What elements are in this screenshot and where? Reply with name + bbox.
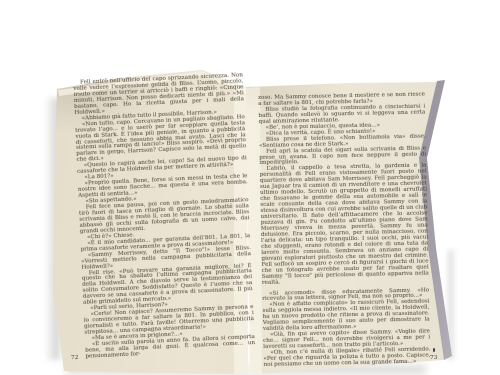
paragraph: «Oh, non c’è nulla di illegale» ribatté … — [263, 347, 430, 368]
left-page-text: Fell entrò nell’ufficio del capo sprizza… — [73, 73, 256, 360]
book-photo: Fell entrò nell’ufficio del capo sprizza… — [0, 0, 500, 375]
right-page-number: 73 — [430, 355, 437, 361]
right-page-text: zoso. Ma Sammy conosce bene il mestiere … — [258, 93, 431, 369]
paragraph: L’abito, il cappello a tesa stretta, la … — [259, 164, 428, 287]
fore-edge-speck — [433, 348, 435, 352]
left-page-number: 72 — [71, 355, 79, 361]
